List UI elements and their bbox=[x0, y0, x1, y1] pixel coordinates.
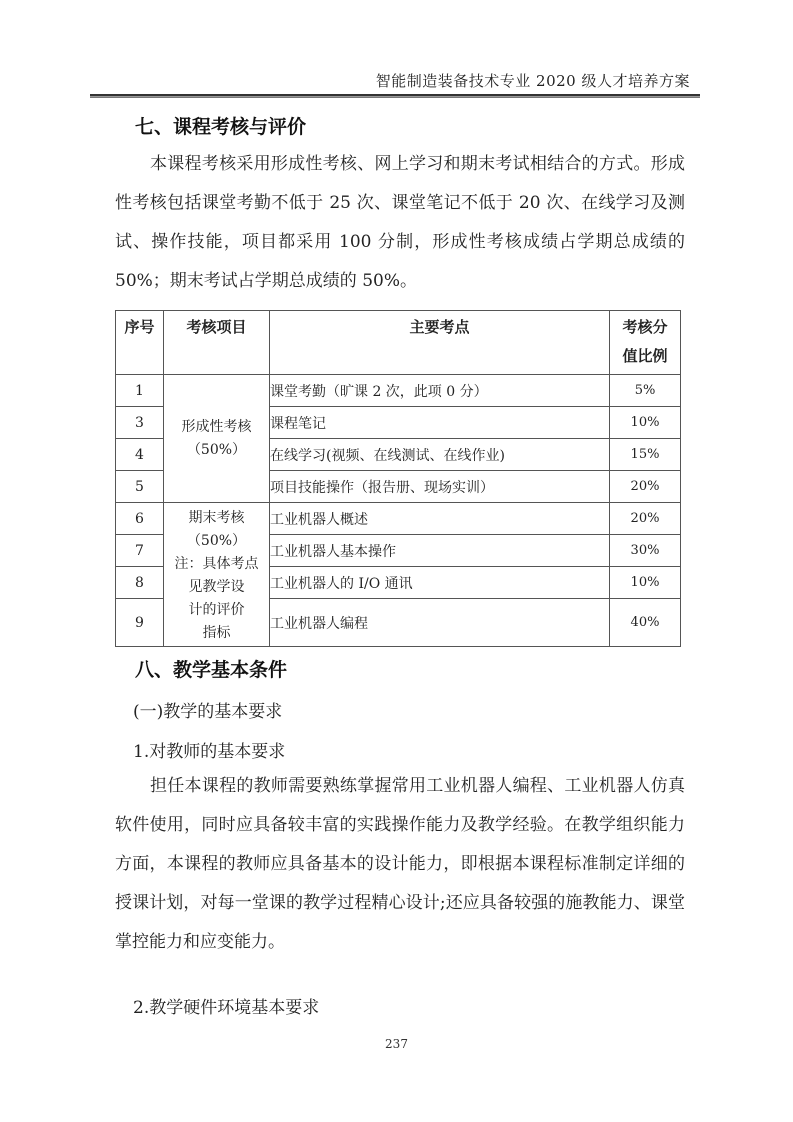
header-ratio-line1: 考核分 bbox=[610, 313, 680, 342]
category-line: 计的评价 bbox=[164, 599, 269, 622]
row-num: 1 bbox=[116, 375, 164, 407]
row-ratio: 40% bbox=[610, 599, 681, 647]
row-point: 工业机器人的 I/O 通讯 bbox=[270, 567, 610, 599]
category-final: 期末考核 （50%） 注：具体考点 见教学设 计的评价 指标 bbox=[164, 503, 270, 647]
row-ratio: 20% bbox=[610, 503, 681, 535]
row-point: 项目技能操作（报告册、现场实训） bbox=[270, 471, 610, 503]
assessment-table: 序号 考核项目 主要考点 考核分 值比例 1 形成性考核 （50%） 课堂考勤（… bbox=[115, 310, 681, 647]
section-8-heading: 八、教学基本条件 bbox=[135, 655, 287, 682]
table-header-row: 序号 考核项目 主要考点 考核分 值比例 bbox=[116, 311, 681, 375]
header-ratio-line2: 值比例 bbox=[610, 342, 680, 371]
item-heading: 1.对教师的基本要求 bbox=[133, 737, 285, 762]
row-ratio: 10% bbox=[610, 567, 681, 599]
row-ratio: 10% bbox=[610, 407, 681, 439]
row-ratio: 30% bbox=[610, 535, 681, 567]
page-number: 237 bbox=[0, 1037, 793, 1051]
row-point: 课程笔记 bbox=[270, 407, 610, 439]
section-8-paragraph: 担任本课程的教师需要熟练掌握常用工业机器人编程、工业机器人仿真软件使用，同时应具… bbox=[115, 767, 685, 962]
row-point: 工业机器人概述 bbox=[270, 503, 610, 535]
table-row: 6 期末考核 （50%） 注：具体考点 见教学设 计的评价 指标 工业机器人概述… bbox=[116, 503, 681, 535]
category-line: 注：具体考点 bbox=[164, 553, 269, 576]
row-ratio: 15% bbox=[610, 439, 681, 471]
row-point: 课堂考勤（旷课 2 次，此项 0 分） bbox=[270, 375, 610, 407]
category-line: 指标 bbox=[164, 622, 269, 645]
category-line: 见教学设 bbox=[164, 576, 269, 599]
category-line: （50%） bbox=[164, 530, 269, 553]
header-ratio: 考核分 值比例 bbox=[610, 311, 681, 375]
row-point: 工业机器人基本操作 bbox=[270, 535, 610, 567]
header-item: 考核项目 bbox=[164, 311, 270, 375]
row-point: 在线学习(视频、在线测试、在线作业) bbox=[270, 439, 610, 471]
row-point: 工业机器人编程 bbox=[270, 599, 610, 647]
category-line: 形成性考核 bbox=[164, 416, 269, 439]
row-num: 3 bbox=[116, 407, 164, 439]
row-num: 7 bbox=[116, 535, 164, 567]
table-row: 1 形成性考核 （50%） 课堂考勤（旷课 2 次，此项 0 分） 5% bbox=[116, 375, 681, 407]
header-title: 智能制造装备技术专业 2020 级人才培养方案 bbox=[376, 70, 690, 91]
section-7-heading: 七、课程考核与评价 bbox=[135, 112, 306, 139]
header-rule bbox=[90, 94, 700, 98]
row-num: 4 bbox=[116, 439, 164, 471]
item-heading: 2.教学硬件环境基本要求 bbox=[133, 993, 319, 1018]
category-line: （50%） bbox=[164, 439, 269, 462]
row-ratio: 5% bbox=[610, 375, 681, 407]
subsection-heading: (一)教学的基本要求 bbox=[133, 697, 282, 722]
row-num: 9 bbox=[116, 599, 164, 647]
header-points: 主要考点 bbox=[270, 311, 610, 375]
section-7-paragraph: 本课程考核采用形成性考核、网上学习和期末考试相结合的方式。形成性考核包括课堂考勤… bbox=[115, 145, 685, 301]
header-num: 序号 bbox=[116, 311, 164, 375]
row-num: 8 bbox=[116, 567, 164, 599]
category-line: 期末考核 bbox=[164, 507, 269, 530]
category-formative: 形成性考核 （50%） bbox=[164, 375, 270, 503]
row-ratio: 20% bbox=[610, 471, 681, 503]
row-num: 6 bbox=[116, 503, 164, 535]
page-header: 智能制造装备技术专业 2020 级人才培养方案 bbox=[90, 60, 700, 98]
row-num: 5 bbox=[116, 471, 164, 503]
